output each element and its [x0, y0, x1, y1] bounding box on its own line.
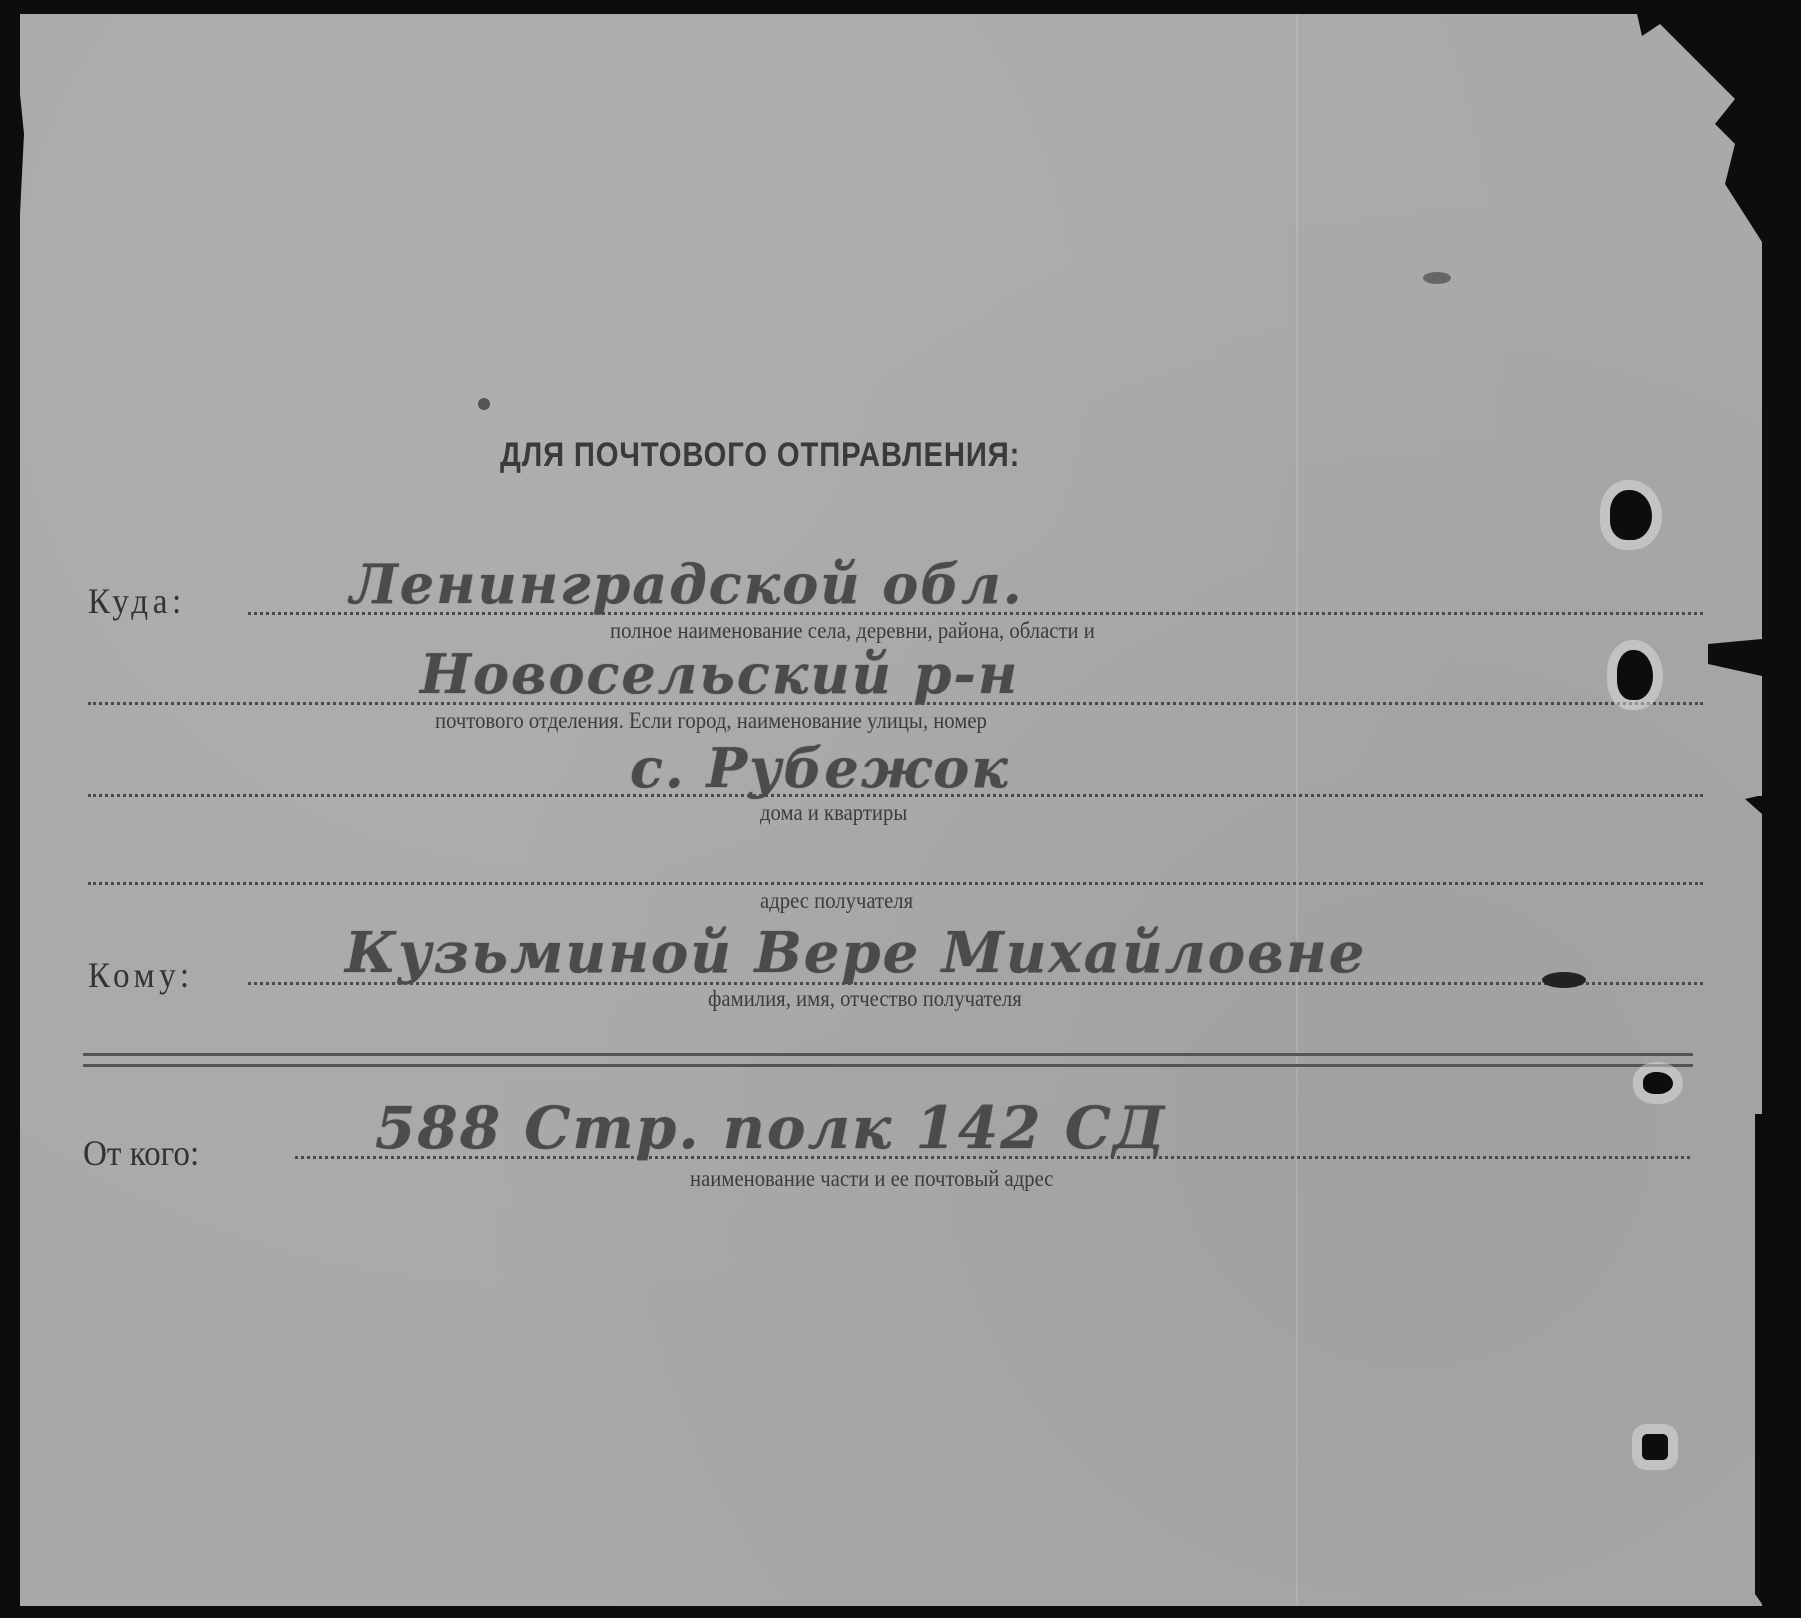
form-heading: ДЛЯ ПОЧТОВОГО ОТПРАВЛЕНИЯ:: [500, 436, 1020, 475]
to-where-handwriting-1: Ленинградской обл.: [350, 552, 1024, 616]
envelope-form: ДЛЯ ПОЧТОВОГО ОТПРАВЛЕНИЯ: Куда: Ленингр…: [20, 14, 1762, 1606]
to-where-handwriting-2: Новосельский р-н: [420, 642, 1019, 706]
section-separator: [83, 1053, 1693, 1067]
to-where-hint-3: дома и квартиры: [760, 800, 907, 826]
to-where-hint-2: почтового отделения. Если город, наимено…: [435, 708, 987, 734]
punch-hole-3: [1642, 1434, 1668, 1460]
to-whom-label: Кому:: [88, 954, 194, 996]
tear-mark: [1643, 1072, 1673, 1094]
from-whom-label: От кого:: [83, 1132, 199, 1174]
from-whom-handwriting: 588 Стр. полк 142 СД: [375, 1094, 1166, 1162]
to-where-hint-1: полное наименование села, деревни, район…: [610, 618, 1095, 644]
punch-hole-2: [1617, 650, 1653, 700]
to-whom-hint: фамилия, имя, отчество получателя: [708, 986, 1022, 1012]
fold-crease: [1296, 14, 1298, 1606]
dust-spot: [478, 398, 490, 410]
to-where-label: Куда:: [88, 580, 186, 622]
from-whom-hint: наименование части и ее почтовый адрес: [690, 1166, 1053, 1192]
to-where-line-4: [88, 882, 1703, 885]
stain-spot: [1423, 272, 1451, 284]
ink-blot: [1542, 972, 1586, 988]
to-where-hint-4: адрес получателя: [760, 888, 913, 914]
to-whom-handwriting: Кузьминой Вере Михайловне: [345, 920, 1366, 986]
punch-hole-1: [1610, 490, 1652, 540]
to-where-handwriting-3: с. Рубежок: [630, 736, 1010, 800]
